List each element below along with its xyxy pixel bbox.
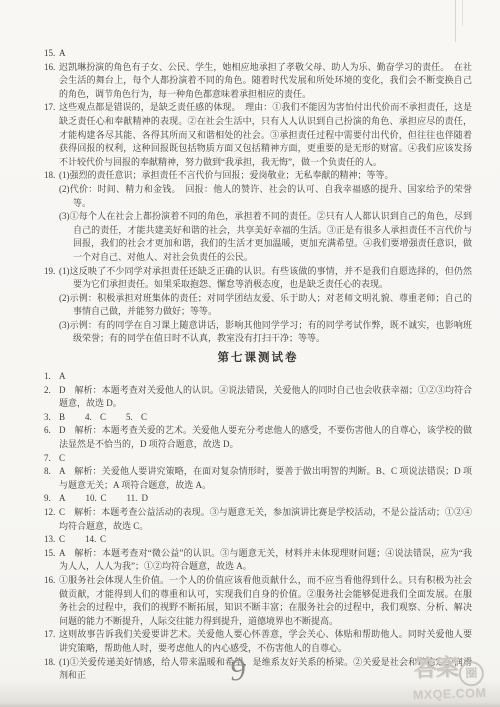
item-number: 13. [44, 533, 59, 547]
item-number: 14. [85, 533, 100, 547]
paper-crease-line [455, 0, 456, 42]
item-number: 4. [85, 411, 100, 425]
item-sub-part: (1)强烈的责任意识；承担责任不言代价与回报；爱岗敬业；无私奉献的精神；等等。 [59, 169, 472, 183]
item-answer: B [59, 411, 65, 425]
item-body: A 解析：关爱他人要讲究策略，在面对复杂情形时，要善于做出明智的判断。B、C 项… [59, 465, 472, 492]
item-body: A [59, 370, 472, 384]
answer-item: 12.C 解析：本题考查公益活动的表现。③与题意无关，参加演讲比赛是学校活动，不… [44, 506, 472, 533]
item-body: (1)这反映了不少同学对承担责任还缺乏正确的认识。有些该做的事情，并不是我们自愿… [59, 265, 472, 347]
answer-pair: 5.C [126, 411, 147, 425]
item-answer: C [141, 411, 147, 425]
item-number: 11. [127, 492, 142, 506]
paper-crease-line [462, 0, 463, 26]
item-sub-part: (2)代价：时间、精力和金钱。 回报：他人的赞许、社会的认可、自我幸福感的提升、… [59, 183, 472, 210]
answer-pair: 3.B [44, 411, 65, 425]
item-number: 6. [44, 424, 59, 451]
answer-pair: 9.A [44, 492, 66, 506]
item-body: C 解析：本题考查公益活动的表现。③与题意无关，参加演讲比赛是学校活动，不是公益… [59, 506, 472, 533]
answers-content: 15.A16.迟凯琳扮演的角色有子女、公民、学生，她相应地承担了孝敬父母、助人为… [44, 47, 472, 683]
answer-item: 16.①服务社会体现人生价值。一个人的价值应该看他贡献什么，而不应当看他得到什么… [44, 574, 472, 628]
answer-item: 15.A 解析：本题考查对“微公益”的认识。③与题意无关，材料并未体现理财问题；… [44, 547, 472, 574]
item-body: 这则故事告诉我们关爱要讲艺术。关爱他人要心怀善意，学会关心、体贴和帮助他人。同时… [59, 628, 472, 655]
item-number: 9. [44, 492, 59, 506]
item-number: 17. [44, 628, 59, 655]
lesson7-section-title: 第七课测试卷 [44, 350, 472, 366]
answer-row: 13.C14.C [44, 533, 472, 547]
item-number: 10. [86, 492, 101, 506]
lesson7-answers-section: 1.A2.D 解析：本题考查对关爱他人的认识。④说法错误，关爱他人的同时自己也会… [44, 370, 472, 683]
answer-item: 17.这些观点都是错误的，是缺乏责任感的体现。 理由：①我们不能因为害怕付出代价… [44, 101, 472, 169]
answer-item: 18.(1)强烈的责任意识；承担责任不言代价与回报；爱岗敬业；无私奉献的精神；等… [44, 169, 472, 264]
answer-item: 17.这则故事告诉我们关爱要讲艺术。关爱他人要心怀善意，学会关心、体贴和帮助他人… [44, 628, 472, 655]
item-body: C [59, 452, 472, 466]
answer-item: 19.(1)这反映了不少同学对承担责任还缺乏正确的认识。有些该做的事情，并不是我… [44, 265, 472, 347]
handwritten-page-number-dot: · [263, 655, 268, 671]
item-body: 迟凯琳扮演的角色有子女、公民、学生，她相应地承担了孝敬父母、助人为乐、勤奋学习的… [59, 61, 472, 102]
answer-pair: 4.C [85, 411, 106, 425]
item-sub-part: (3)①每个人在社会上都扮演着不同的角色，承担着不同的责任。②只有人人都认识到自… [59, 210, 472, 264]
item-number: 16. [44, 574, 59, 628]
answer-row: 9.A10.C11.D [44, 492, 472, 506]
item-number: 18. [44, 656, 59, 683]
watermark-brand-prefix: 答案 [413, 654, 458, 681]
watermark-brand-text: 答案圈 [400, 654, 497, 688]
answer-pair: 13.C [44, 533, 65, 547]
answer-item: 7.C [44, 452, 472, 466]
item-number: 8. [44, 465, 59, 492]
item-sub-part: (2)示例：积极承担对班集体的责任；对同学团结友爱、乐于助人；对老师文明礼貌、尊… [59, 292, 472, 319]
item-number: 2. [44, 384, 59, 411]
item-sub-part: (1)这反映了不少同学对承担责任还缺乏正确的认识。有些该做的事情，并不是我们自愿… [59, 265, 472, 292]
item-sub-part: (3)示例：有的同学在自习课上随意讲话，影响其他同学学习；有的同学考试作弊，既不… [59, 319, 472, 346]
watermark-logo: 答案圈 MXQE.COM [400, 654, 498, 703]
item-number: 15. [44, 547, 59, 574]
item-number: 12. [44, 506, 59, 533]
answer-pair: 10.C [86, 492, 107, 506]
item-body: D 解析：本题考查关爱的艺术。关爱他人要充分考虑他人的感受，不要伤害他人的自尊心… [59, 424, 472, 451]
item-body: (1)强烈的责任意识；承担责任不言代价与回报；爱岗敬业；无私奉献的精神；等等。(… [59, 169, 472, 264]
item-answer: C [100, 533, 106, 547]
item-number: 3. [44, 411, 59, 425]
handwritten-page-number: 9 [228, 651, 247, 688]
lesson6-answers-section: 15.A16.迟凯琳扮演的角色有子女、公民、学生，她相应地承担了孝敬父母、助人为… [44, 47, 472, 346]
item-number: 15. [44, 47, 59, 61]
answer-item: 1.A [44, 370, 472, 384]
answer-item: 6.D 解析：本题考查关爱的艺术。关爱他人要充分考虑他人的感受，不要伤害他人的自… [44, 424, 472, 451]
item-answer: C [101, 492, 107, 506]
scanned-answer-page: 15.A16.迟凯琳扮演的角色有子女、公民、学生，她相应地承担了孝敬父母、助人为… [0, 0, 500, 707]
item-number: 5. [126, 411, 141, 425]
item-number: 1. [44, 370, 59, 384]
item-number: 18. [44, 169, 59, 264]
item-body: A [59, 47, 472, 61]
item-body: D 解析：本题考查对关爱他人的认识。④说法错误，关爱他人的同时自己也会收获幸福；… [59, 384, 472, 411]
item-body: ①服务社会体现人生价值。一个人的价值应该看他贡献什么，而不应当看他得到什么。只有… [59, 574, 472, 628]
item-body: A 解析：本题考查对“微公益”的认识。③与题意无关，材料并未体现理财问题；④说法… [59, 547, 472, 574]
answer-pair: 14.C [85, 533, 106, 547]
answer-row: 3.B4.C5.C [44, 411, 472, 425]
watermark-circle-icon: 圈 [458, 660, 484, 686]
item-answer: C [100, 411, 106, 425]
item-body: 这些观点都是错误的，是缺乏责任感的体现。 理由：①我们不能因为害怕付出代价而不承… [59, 101, 472, 169]
item-number: 19. [44, 265, 59, 347]
item-number: 7. [44, 452, 59, 466]
item-number: 17. [44, 101, 59, 169]
item-answer: A [59, 492, 66, 506]
answer-item: 8.A 解析：关爱他人要讲究策略，在面对复杂情形时，要善于做出明智的判断。B、C… [44, 465, 472, 492]
answer-item: 16.迟凯琳扮演的角色有子女、公民、学生，她相应地承担了孝敬父母、助人为乐、勤奋… [44, 61, 472, 102]
answer-item: 2.D 解析：本题考查对关爱他人的认识。④说法错误，关爱他人的同时自己也会收获幸… [44, 384, 472, 411]
item-number: 16. [44, 61, 59, 102]
answer-item: 15.A [44, 47, 472, 61]
answer-pair: 11.D [127, 492, 149, 506]
item-answer: C [59, 533, 65, 547]
item-answer: D [142, 492, 149, 506]
